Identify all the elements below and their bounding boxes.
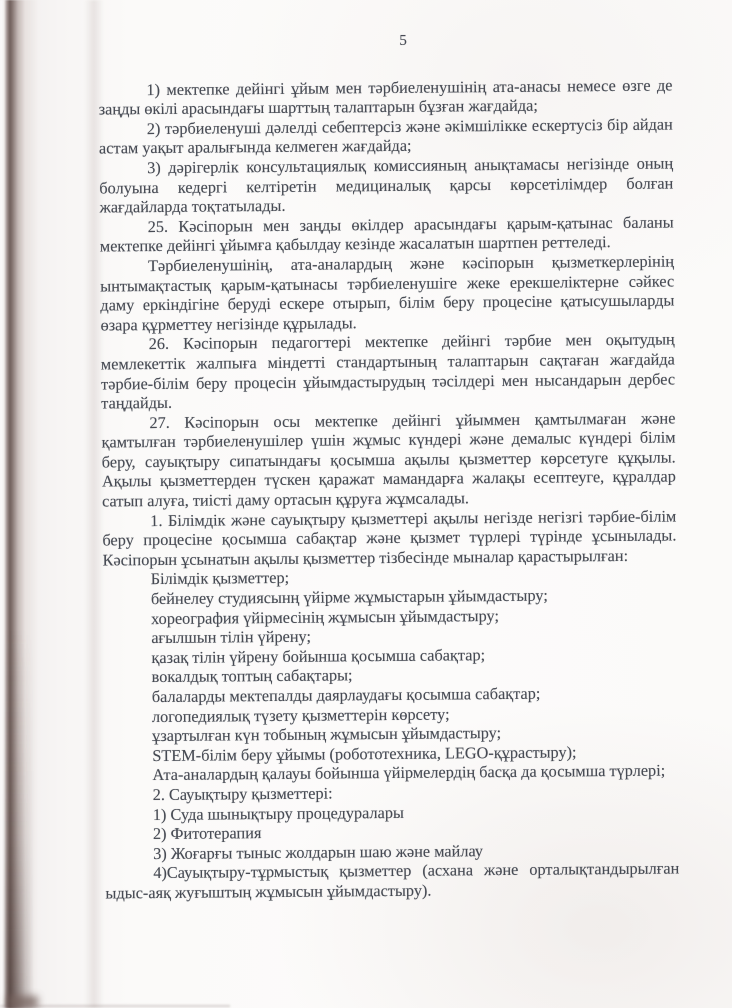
scan-bottom-line — [0, 1005, 230, 1007]
document-text-block: 5 1) мектепке дейінгі ұйым мен тәрбиелен… — [98, 29, 680, 903]
paragraph-cooperation: Тәрбиеленушінің, ата-аналардың және кәсі… — [100, 251, 675, 334]
paragraph-27: 27. Кәсіпорын осы мектепке дейінгі ұйымм… — [101, 408, 676, 511]
paid-services-intro: 1. Білімдік және сауықтыру қызметтері ақ… — [102, 506, 676, 570]
household-services-paragraph: 4)Сауықтыру-тұрмыстық қызметтер (асхана … — [105, 859, 679, 903]
termination-clause-1: 1) мектепке дейінгі ұйым мен тәрбиеленуш… — [98, 75, 672, 119]
paragraph-25: 25. Кәсіпорын мен заңды өкілдер арасында… — [100, 212, 674, 256]
termination-clause-3: 3) дәрігерлік консультациялық комиссияны… — [99, 153, 673, 217]
paragraph-26: 26. Кәсіпорын педагогтері мектепке дейін… — [101, 330, 676, 413]
page-number: 5 — [98, 29, 672, 54]
scanned-document-page: { "page": { "number": "5" }, "colors": {… — [0, 0, 732, 1008]
termination-clause-2: 2) тәрбиеленуші дәлелді себептерсіз және… — [99, 114, 673, 158]
scan-edge-band-bottom — [2, 628, 36, 1008]
educational-services-list: Білімдік қызметтер; бейнелеу студиясынң … — [103, 565, 679, 766]
